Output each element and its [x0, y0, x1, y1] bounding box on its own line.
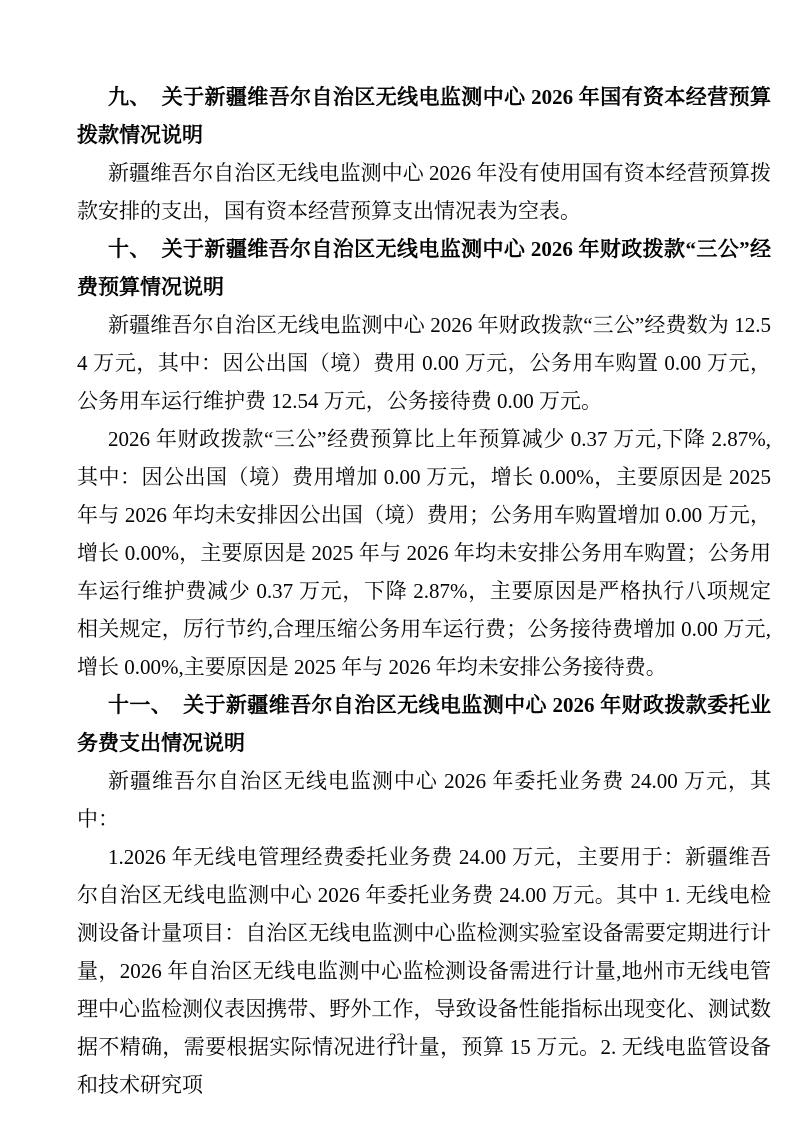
section-10-heading: 十、 关于新疆维吾尔自治区无线电监测中心 2026 年财政拨款“三公”经费预算情… — [77, 230, 771, 306]
section-10: 十、 关于新疆维吾尔自治区无线电监测中心 2026 年财政拨款“三公”经费预算情… — [77, 230, 771, 686]
section-9-paragraph-1: 新疆维吾尔自治区无线电监测中心 2026 年没有使用国有资本经营预算拨款安排的支… — [77, 154, 771, 230]
section-10-paragraph-1: 新疆维吾尔自治区无线电监测中心 2026 年财政拨款“三公”经费数为 12.54… — [77, 306, 771, 420]
section-9-heading: 九、 关于新疆维吾尔自治区无线电监测中心 2026 年国有资本经营预算拨款情况说… — [77, 78, 771, 154]
section-10-paragraph-2: 2026 年财政拨款“三公”经费预算比上年预算减少 0.37 万元,下降 2.8… — [77, 420, 771, 686]
section-9: 九、 关于新疆维吾尔自治区无线电监测中心 2026 年国有资本经营预算拨款情况说… — [77, 78, 771, 230]
section-11-paragraph-2: 1.2026 年无线电管理经费委托业务费 24.00 万元，主要用于：新疆维吾尔… — [77, 838, 771, 1104]
section-11-heading: 十一、 关于新疆维吾尔自治区无线电监测中心 2026 年财政拨款委托业务费支出情… — [77, 686, 771, 762]
document-page: 九、 关于新疆维吾尔自治区无线电监测中心 2026 年国有资本经营预算拨款情况说… — [0, 0, 793, 1122]
page-number: 22 — [0, 1028, 793, 1050]
section-11-paragraph-1: 新疆维吾尔自治区无线电监测中心 2026 年委托业务费 24.00 万元，其中： — [77, 762, 771, 838]
page-content: 九、 关于新疆维吾尔自治区无线电监测中心 2026 年国有资本经营预算拨款情况说… — [77, 78, 771, 1104]
